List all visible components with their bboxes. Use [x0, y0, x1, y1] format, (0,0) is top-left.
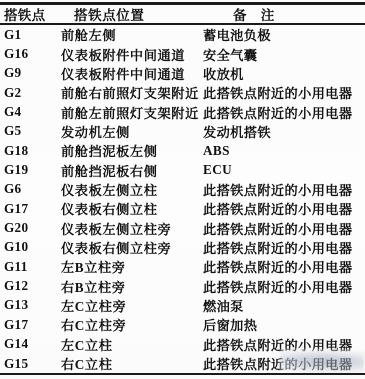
- cell-note: 此搭铁点附近的小用电器: [203, 199, 365, 218]
- cell-point: G15: [0, 356, 61, 372]
- cell-point: G18: [0, 143, 61, 159]
- cell-note: 安全气囊: [203, 45, 365, 64]
- cell-location: 右C立柱旁: [61, 315, 203, 334]
- cell-location: 仪表板右侧立柱: [61, 199, 203, 218]
- cell-point: G4: [0, 104, 61, 120]
- table-row: G19 前舱挡泥板右侧 ECU: [0, 160, 365, 179]
- table-row: G6 仪表板左侧立柱 此搭铁点附近的小用电器: [0, 180, 365, 199]
- cell-point: G9: [0, 65, 61, 81]
- cell-note: ABS: [203, 143, 365, 159]
- cell-point: G1: [0, 27, 61, 43]
- cell-note: 此搭铁点附近的小用电器: [203, 180, 365, 199]
- table-row: G17 仪表板右侧立柱 此搭铁点附近的小用电器: [0, 199, 365, 218]
- table-body: G1 前舱左侧 蓄电池负极 G16 仪表板附件中间通道 安全气囊 G9 仪表板附…: [0, 25, 365, 373]
- cell-location: 仪表板附件中间通道: [61, 45, 203, 64]
- cell-point: G14: [0, 336, 61, 352]
- table-row: G20 仪表板左侧立柱旁 此搭铁点附近的小用电器: [0, 218, 365, 237]
- cell-location: 发动机左侧: [61, 122, 203, 141]
- cell-location: 前舱左侧: [61, 25, 203, 44]
- cell-location: 右C立柱: [61, 354, 203, 373]
- cell-point: G13: [0, 297, 61, 313]
- table-row: G10 仪表板右侧立柱旁 此搭铁点附近的小用电器: [0, 238, 365, 257]
- cell-note: 此搭铁点附近的小用电器: [203, 277, 365, 296]
- cell-point: G19: [0, 162, 61, 178]
- cell-location: 左C立柱: [61, 335, 203, 354]
- cell-location: 左B立柱旁: [61, 257, 203, 276]
- table-row: G17 右C立柱旁 后窗加热: [0, 315, 365, 334]
- table-row: G4 前舱左前照灯支架附近 此搭铁点附近的小用电器: [0, 102, 365, 121]
- table-row: G2 前舱右前照灯支架附近 此搭铁点附近的小用电器: [0, 83, 365, 102]
- table-row: G16 仪表板附件中间通道 安全气囊: [0, 44, 365, 63]
- cell-note: 此搭铁点附近的小用电器: [203, 219, 365, 238]
- cell-note: 后窗加热: [203, 315, 365, 334]
- cell-location: 仪表板左侧立柱旁: [61, 219, 203, 238]
- cell-note: 此搭铁点附近的小用电器: [203, 354, 365, 373]
- table-row: G11 左B立柱旁 此搭铁点附近的小用电器: [0, 257, 365, 276]
- cell-note: ECU: [203, 162, 365, 178]
- table-row: G12 右B立柱旁 此搭铁点附近的小用电器: [0, 276, 365, 295]
- table-row: G18 前舱挡泥板左侧 ABS: [0, 141, 365, 160]
- cell-point: G6: [0, 181, 61, 197]
- cell-location: 仪表板左侧立柱: [61, 180, 203, 199]
- cell-point: G10: [0, 239, 61, 255]
- cell-note: 此搭铁点附近的小用电器: [203, 83, 365, 102]
- cell-location: 前舱挡泥板左侧: [61, 141, 203, 160]
- table-bottom-rule: [0, 373, 365, 375]
- cell-note: 此搭铁点附近的小用电器: [203, 103, 365, 122]
- cell-point: G17: [0, 317, 61, 333]
- cell-point: G5: [0, 123, 61, 139]
- cell-note: 此搭铁点附近的小用电器: [203, 257, 365, 276]
- cell-location: 仪表板附件中间通道: [61, 64, 203, 83]
- cell-location: 左C立柱旁: [61, 296, 203, 315]
- table-row: G13 左C立柱旁 燃油泵: [0, 296, 365, 315]
- header-note: 备 注: [203, 4, 365, 24]
- table-row: G14 左C立柱 此搭铁点附近的小用电器: [0, 335, 365, 354]
- cell-point: G12: [0, 278, 61, 294]
- header-location: 搭铁点位置: [61, 4, 203, 24]
- cell-note: 收放机: [203, 64, 365, 83]
- cell-location: 右B立柱旁: [61, 277, 203, 296]
- grounding-points-table-page: 搭铁点 搭铁点位置 备 注 G1 前舱左侧 蓄电池负极 G16 仪表板附件中间通…: [0, 0, 365, 379]
- cell-note: 蓄电池负极: [203, 25, 365, 44]
- cell-note: 此搭铁点附近的小用电器: [203, 238, 365, 257]
- cell-point: G17: [0, 201, 61, 217]
- cell-point: G20: [0, 220, 61, 236]
- cell-location: 仪表板右侧立柱旁: [61, 238, 203, 257]
- table-row: G15 右C立柱 此搭铁点附近的小用电器: [0, 354, 365, 373]
- table-header-row: 搭铁点 搭铁点位置 备 注: [0, 4, 365, 23]
- cell-location: 前舱右前照灯支架附近: [61, 83, 203, 102]
- cell-point: G11: [0, 259, 61, 275]
- table-row: G9 仪表板附件中间通道 收放机: [0, 64, 365, 83]
- cell-location: 前舱左前照灯支架附近: [61, 103, 203, 122]
- cell-point: G2: [0, 85, 61, 101]
- cell-note: 燃油泵: [203, 296, 365, 315]
- cell-note: 此搭铁点附近的小用电器: [203, 335, 365, 354]
- cell-location: 前舱挡泥板右侧: [61, 161, 203, 180]
- header-point: 搭铁点: [0, 4, 61, 24]
- table-row: G5 发动机左侧 发动机搭铁: [0, 122, 365, 141]
- cell-point: G16: [0, 46, 61, 62]
- cell-note: 发动机搭铁: [203, 122, 365, 141]
- table-row: G1 前舱左侧 蓄电池负极: [0, 25, 365, 44]
